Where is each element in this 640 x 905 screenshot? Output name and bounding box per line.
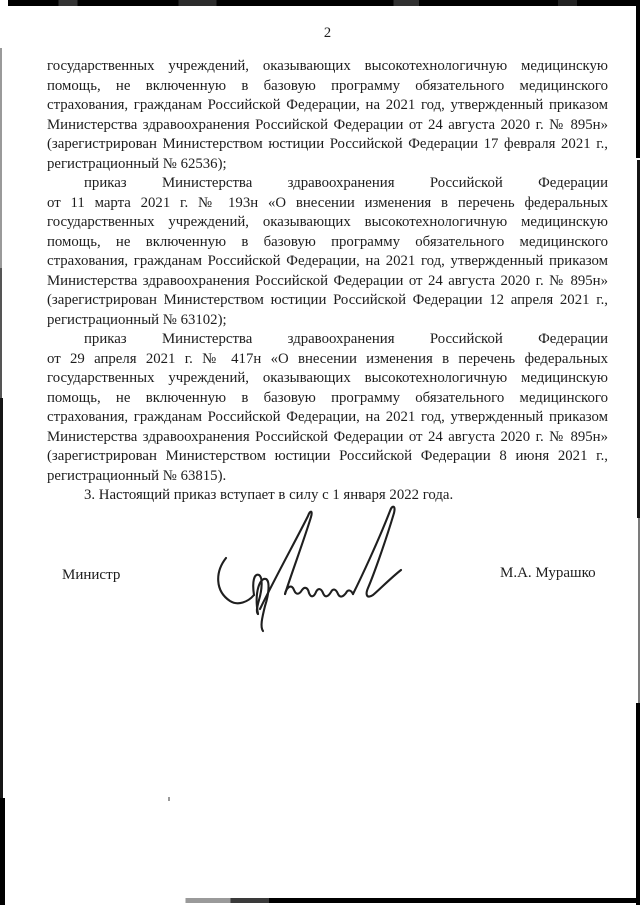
scan-edge-right (636, 703, 640, 905)
text-line: помощь, не включенную в базовую программ… (47, 389, 608, 409)
scan-edge-top (8, 0, 640, 6)
paragraph: приказ Министерства здравоохранения Росс… (47, 174, 608, 330)
minister-title-label: Министр (62, 567, 120, 584)
text-line: Министерства здравоохранения Российской … (47, 428, 608, 448)
text-line: государственных учреждений, оказывающих … (47, 213, 608, 233)
text-line: помощь, не включенную в базовую программ… (47, 233, 608, 253)
text-line: Министерства здравоохранения Российской … (47, 116, 608, 136)
paragraph: государственных учреждений, оказывающих … (47, 57, 608, 174)
text-line: от 29 апреля 2021 г. № 417н «О внесении … (47, 350, 608, 370)
text-line: приказ Министерства здравоохранения Росс… (47, 330, 608, 350)
scan-edge-left (0, 398, 3, 800)
text-line: (зарегистрирован Министерством юстиции Р… (47, 135, 608, 155)
text-line: (зарегистрирован Министерством юстиции Р… (47, 447, 608, 467)
text-line: страхования, гражданам Российской Федера… (47, 408, 608, 428)
handwritten-signature-icon (202, 496, 412, 636)
scan-noise-speck (168, 797, 170, 801)
document-page: 2 государственных учреждений, оказывающи… (0, 0, 640, 905)
text-line: регистрационный № 63815). (47, 467, 608, 487)
text-line: регистрационный № 63102); (47, 311, 608, 331)
document-body: государственных учреждений, оказывающих … (47, 57, 608, 506)
paragraph: приказ Министерства здравоохранения Росс… (47, 330, 608, 486)
text-line: государственных учреждений, оказывающих … (47, 369, 608, 389)
scan-edge-left (0, 268, 2, 398)
scan-edge-bottom (0, 898, 640, 903)
text-line: государственных учреждений, оказывающих … (47, 57, 608, 77)
text-line: от 11 марта 2021 г. № 193н «О внесении и… (47, 194, 608, 214)
text-line: приказ Министерства здравоохранения Росс… (47, 174, 608, 194)
text-line: (зарегистрирован Министерством юстиции Р… (47, 291, 608, 311)
text-line: страхования, гражданам Российской Федера… (47, 96, 608, 116)
scan-edge-right (636, 6, 640, 158)
text-line: страхования, гражданам Российской Федера… (47, 252, 608, 272)
minister-name: М.А. Мурашко (500, 565, 596, 582)
text-line: Министерства здравоохранения Российской … (47, 272, 608, 292)
scan-edge-left (0, 48, 2, 268)
page-number: 2 (47, 25, 608, 42)
text-line: регистрационный № 62536); (47, 155, 608, 175)
scan-edge-left (0, 798, 5, 905)
text-line: помощь, не включенную в базовую программ… (47, 77, 608, 97)
